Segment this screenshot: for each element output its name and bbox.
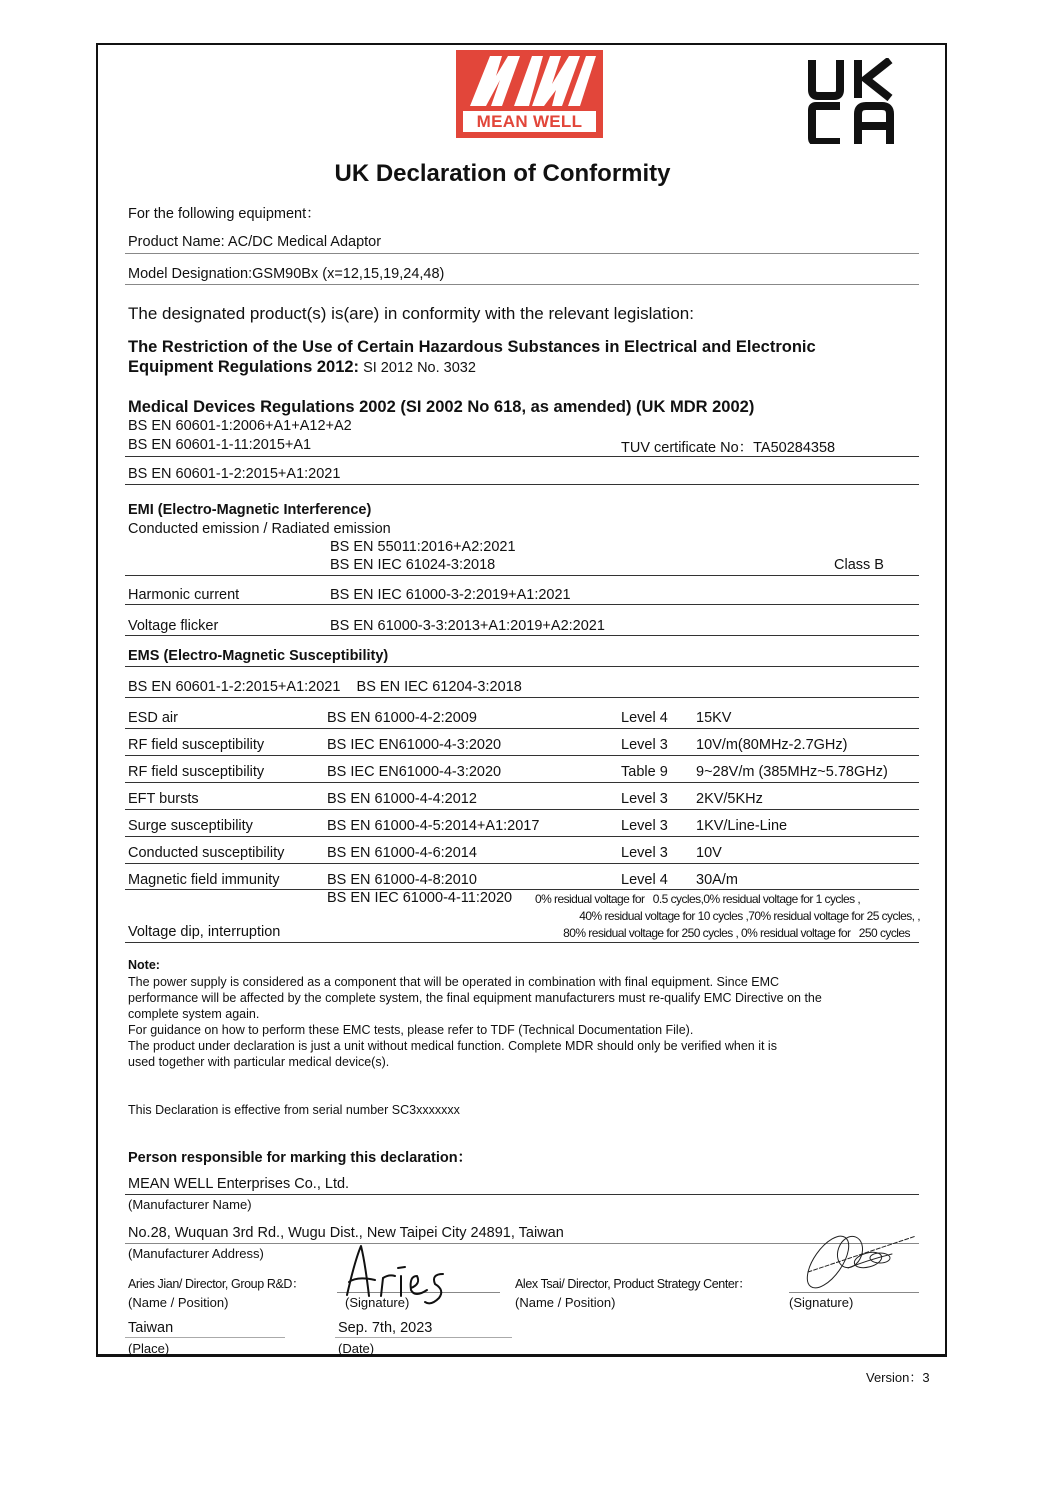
- divider: [125, 284, 919, 285]
- ems-test-level: Level 4: [621, 872, 668, 888]
- ems-test-standard: BS EN 61000-4-8:2010: [327, 872, 477, 888]
- date-label: (Date): [338, 1341, 374, 1356]
- ems-test-value: 9~28V/m (385MHz~5.78GHz): [696, 764, 888, 780]
- divider: [125, 728, 919, 729]
- manufacturer-address: No.28, Wuquan 3rd Rd., Wugu Dist., New T…: [128, 1225, 564, 1241]
- signer1-name-position: Aries Jian/ Director, Group R&D：: [128, 1274, 304, 1292]
- divider: [125, 863, 919, 864]
- dip-condition-line2: 40% residual voltage for 10 cycles ,70% …: [579, 909, 920, 923]
- note-line: complete system again.: [128, 1006, 822, 1022]
- emi-test-name: Harmonic current: [128, 587, 239, 603]
- dip-standard: BS EN IEC 61000-4-11:2020: [327, 890, 512, 906]
- dip-test-name: Voltage dip, interruption: [128, 924, 280, 940]
- rohs-regulation: Equipment Regulations 2012:: [128, 358, 359, 376]
- ems-test-standard: BS EN 61000-4-5:2014+A1:2017: [327, 818, 539, 834]
- divider: [125, 1194, 919, 1195]
- ems-test-name: Conducted susceptibility: [128, 845, 284, 861]
- note-line: performance will be affected by the comp…: [128, 990, 822, 1006]
- model-designation: Model Designation:GSM90Bx (x=12,15,19,24…: [128, 266, 444, 282]
- ems-test-standard: BS IEC EN61000-4-3:2020: [327, 764, 501, 780]
- ems-test-value: 15KV: [696, 710, 731, 726]
- emission-class: Class B: [834, 557, 884, 573]
- ems-test-name: Surge susceptibility: [128, 818, 253, 834]
- ems-test-standard: BS IEC EN61000-4-3:2020: [327, 737, 501, 753]
- version-label: Version：3: [866, 1367, 930, 1386]
- ems-test-level: Level 3: [621, 845, 668, 861]
- rohs-reference: SI 2012 No. 3032: [359, 360, 476, 376]
- rohs-title-line2: Equipment Regulations 2012: SI 2012 No. …: [128, 358, 476, 377]
- emission-standard: BS EN IEC 61024-3:2018: [330, 557, 495, 573]
- divider: [125, 484, 919, 485]
- ems-test-value: 2KV/5KHz: [696, 791, 763, 807]
- mdr-standard: BS EN 60601-1:2006+A1+A12+A2: [128, 418, 352, 434]
- name-position-label: (Name / Position): [128, 1295, 228, 1310]
- ems-test-name: RF field susceptibility: [128, 737, 264, 753]
- date-value: Sep. 7th, 2023: [338, 1320, 432, 1336]
- divider: [125, 456, 919, 457]
- divider: [125, 666, 919, 667]
- ems-title: EMS (Electro-Magnetic Susceptibility): [128, 648, 388, 664]
- ems-test-name: ESD air: [128, 710, 178, 726]
- mdr-standard: BS EN 60601-1-11:2015+A1: [128, 437, 311, 453]
- emi-test-standard: BS EN IEC 61000-3-2:2019+A1:2021: [330, 587, 571, 603]
- responsible-title: Person responsible for marking this decl…: [128, 1146, 472, 1167]
- ukca-mark-icon: [806, 58, 894, 144]
- divider: [125, 836, 919, 837]
- note-line: The power supply is considered as a comp…: [128, 974, 822, 990]
- rohs-title-line1: The Restriction of the Use of Certain Ha…: [128, 338, 816, 357]
- note-line: For guidance on how to perform these EMC…: [128, 1022, 822, 1038]
- ems-test-level: Level 4: [621, 710, 668, 726]
- logo-brand-text: MEAN WELL: [463, 111, 596, 132]
- divider: [125, 889, 919, 890]
- ems-test-value: 1KV/Line-Line: [696, 818, 787, 834]
- ems-test-level: Table 9: [621, 764, 668, 780]
- mdr-standard: BS EN 60601-1-2:2015+A1:2021: [128, 466, 340, 482]
- product-name: Product Name: AC/DC Medical Adaptor: [128, 234, 381, 250]
- emi-test-name: Voltage flicker: [128, 618, 218, 634]
- mw-mark-icon: [456, 50, 603, 112]
- ems-test-standard: BS EN 61000-4-2:2009: [327, 710, 477, 726]
- ems-test-level: Level 3: [621, 737, 668, 753]
- manufacturer-name-label: (Manufacturer Name): [128, 1197, 252, 1212]
- name-position-label: (Name / Position): [515, 1295, 615, 1310]
- note-line: The product under declaration is just a …: [128, 1038, 822, 1054]
- ems-test-value: 30A/m: [696, 872, 738, 888]
- divider: [125, 604, 919, 605]
- dip-condition-line3: 80% residual voltage for 250 cycles , 0%…: [563, 926, 910, 940]
- date-line: [335, 1337, 512, 1338]
- ems-test-standard: BS EN 61000-4-4:2012: [327, 791, 477, 807]
- page-title: UK Declaration of Conformity: [0, 160, 1005, 188]
- place-value: Taiwan: [128, 1320, 173, 1336]
- equipment-intro: For the following equipment：: [128, 202, 321, 223]
- conformity-statement: The designated product(s) is(are) in con…: [128, 304, 694, 324]
- ems-test-value: 10V/m(80MHz-2.7GHz): [696, 737, 847, 753]
- place-line: [125, 1337, 285, 1338]
- signer2-name-position: Alex Tsai/ Director, Product Strategy Ce…: [515, 1274, 750, 1292]
- emi-title: EMI (Electro-Magnetic Interference): [128, 502, 371, 518]
- divider: [125, 809, 919, 810]
- note-title: Note:: [128, 958, 160, 972]
- ems-test-level: Level 3: [621, 791, 668, 807]
- ems-general-standards: BS EN 60601-1-2:2015+A1:2021 BS EN IEC 6…: [128, 679, 522, 695]
- emi-test-standard: BS EN 61000-3-3:2013+A1:2019+A2:2021: [330, 618, 605, 634]
- divider: [125, 575, 919, 576]
- tuv-certificate: TUV certificate No：TA50284358: [621, 436, 835, 457]
- ems-test-standard: BS EN 61000-4-6:2014: [327, 845, 477, 861]
- ems-test-name: RF field susceptibility: [128, 764, 264, 780]
- place-label: (Place): [128, 1341, 169, 1356]
- note-line: used together with particular medical de…: [128, 1054, 822, 1070]
- effective-serial: This Declaration is effective from seria…: [128, 1103, 460, 1117]
- manufacturer-address-label: (Manufacturer Address): [128, 1246, 264, 1261]
- mean-well-logo: MEAN WELL: [456, 50, 603, 138]
- ems-test-level: Level 3: [621, 818, 668, 834]
- dip-condition-line1: 0% residual voltage for 0.5 cycles,0% re…: [535, 892, 860, 906]
- mdr-title: Medical Devices Regulations 2002 (SI 200…: [128, 398, 754, 417]
- divider: [125, 635, 919, 636]
- emission-standard: BS EN 55011:2016+A2:2021: [330, 539, 516, 555]
- ems-test-name: Magnetic field immunity: [128, 872, 280, 888]
- signature-label: (Signature): [345, 1295, 409, 1310]
- manufacturer-name: MEAN WELL Enterprises Co., Ltd.: [128, 1176, 349, 1192]
- emi-subtitle: Conducted emission / Radiated emission: [128, 521, 391, 537]
- divider: [125, 697, 919, 698]
- ems-test-name: EFT bursts: [128, 791, 199, 807]
- divider: [125, 755, 919, 756]
- divider: [125, 253, 919, 254]
- signature-label: (Signature): [789, 1295, 853, 1310]
- note-body: The power supply is considered as a comp…: [128, 974, 822, 1070]
- ems-test-value: 10V: [696, 845, 722, 861]
- divider: [125, 942, 919, 943]
- divider: [125, 782, 919, 783]
- signature-alex-icon: [788, 1232, 918, 1294]
